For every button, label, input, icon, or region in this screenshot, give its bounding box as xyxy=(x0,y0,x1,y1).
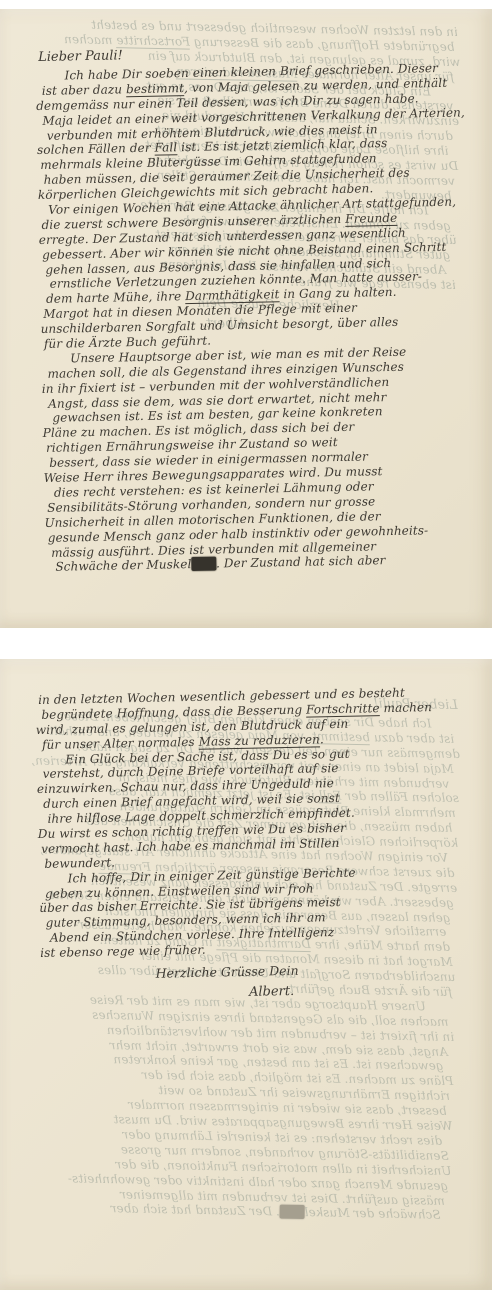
handwritten-line: Schwäche der Muskelatur. Der Zustand hat… xyxy=(18,1200,441,1223)
handwritten-line: Angst, dass sie dem, was sie dort erwart… xyxy=(21,1036,448,1059)
paragraph-2: Unsere Hauptsorge aber ist, wie man es m… xyxy=(44,343,480,575)
handwritten-line: richtigen Ernährungsweise ihr Zustand so… xyxy=(20,1081,450,1105)
letter-page-2: Lieber Pauli! Ich habe Dir soeben einen … xyxy=(0,659,492,1290)
bottom-margin-strip xyxy=(0,1290,492,1294)
handwritten-line: bessert, dass sie wieder in einigermasse… xyxy=(20,1095,447,1118)
bleed-paragraph: Unsere Hauptsorge aber ist, wie man es m… xyxy=(18,991,452,1223)
handwritten-line: in den letzten Wochen wesentlich gebesse… xyxy=(28,16,458,40)
closing-line: Herzliche Grüsse Dein xyxy=(155,959,475,981)
handwritten-line: mässig ausführt. Dies ist verbunden mit … xyxy=(18,1185,445,1208)
letter-page-1: in den letzten Wochen wesentlich gebesse… xyxy=(0,9,492,628)
handwritten-line: in ihr fixiert ist – verbunden mit der w… xyxy=(21,1021,454,1045)
handwritten-line: Sensibilitäts-Störung vorhanden, sondern… xyxy=(19,1140,449,1164)
letter-scan: in den letzten Wochen wesentlich gebesse… xyxy=(0,0,492,1294)
handwritten-line: machen soll, die als Gegenstand ihres ei… xyxy=(21,1006,448,1029)
top-margin-strip xyxy=(0,0,492,9)
paragraph-3: in den letzten Wochen wesentlich gebesse… xyxy=(38,684,471,752)
handwritten-line: Weise Herr ihres Bewegungsapparates wird… xyxy=(19,1110,452,1134)
signature: Albert. xyxy=(249,979,476,1001)
handwritten-line: gesunde Mensch ganz oder halb instinktiv… xyxy=(18,1170,448,1194)
paragraph-1: Ich habe Dir soeben einen kleinen Brief … xyxy=(38,60,476,352)
paragraph-5: Ich hoffe, Dir in einiger Zeit günstige … xyxy=(42,863,476,961)
handwritten-line: dies recht verstehen: es ist keinerlei L… xyxy=(19,1125,442,1148)
handwritten-line: Unsicherheit in allen motorischen Funkti… xyxy=(18,1155,451,1179)
paragraph-4: Ein Glück bei der Sache ist, dass Du es … xyxy=(39,744,473,872)
handwritten-line: Pläne zu machen. Es ist möglich, dass si… xyxy=(20,1066,453,1090)
handwritten-line: gewachsen ist. Es ist am besten, gar kei… xyxy=(21,1051,444,1074)
page1-handwriting: Lieber Pauli! Ich habe Dir soeben einen … xyxy=(38,40,480,575)
page2-handwriting: in den letzten Wochen wesentlich gebesse… xyxy=(38,684,476,1005)
